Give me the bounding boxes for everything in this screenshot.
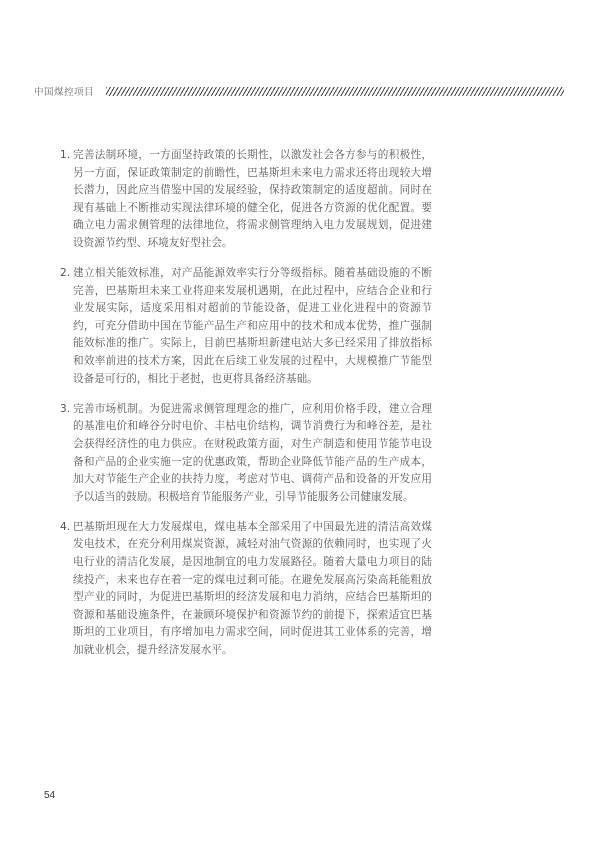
item-number: 4. (60, 519, 73, 660)
list-item: 4. 巴基斯坦现在大力发展煤电，煤电基本全部采用了中国最先进的清洁高效煤发电技术… (60, 519, 432, 660)
header-title: 中国煤控项目 (34, 84, 94, 98)
item-text: 巴基斯坦现在大力发展煤电，煤电基本全部采用了中国最先进的清洁高效煤发电技术，在充… (73, 519, 432, 660)
list-item: 2. 建立相关能效标准，对产品能源效率实行分等级指标。随着基础设施的不断完善，巴… (60, 265, 432, 388)
running-header: 中国煤控项目 (34, 84, 564, 98)
item-text: 完善市场机制。为促进需求侧管理理念的推广，应利用价格手段，建立合理的基准电价和峰… (73, 401, 432, 507)
item-text: 建立相关能效标准，对产品能源效率实行分等级指标。随着基础设施的不断完善，巴基斯坦… (73, 265, 432, 388)
numbered-list: 1. 完善法制环境，一方面坚持政策的长期性，以激发社会各方参与的积极性，另一方面… (60, 147, 432, 672)
list-item: 3. 完善市场机制。为促进需求侧管理理念的推广，应利用价格手段，建立合理的基准电… (60, 401, 432, 507)
list-item: 1. 完善法制环境，一方面坚持政策的长期性，以激发社会各方参与的积极性，另一方面… (60, 147, 432, 253)
page-number: 54 (44, 790, 55, 801)
item-text: 完善法制环境，一方面坚持政策的长期性，以激发社会各方参与的积极性，另一方面，保证… (73, 147, 432, 253)
item-number: 1. (60, 147, 73, 253)
item-number: 3. (60, 401, 73, 507)
item-number: 2. (60, 265, 73, 388)
hatched-rule (106, 87, 564, 96)
